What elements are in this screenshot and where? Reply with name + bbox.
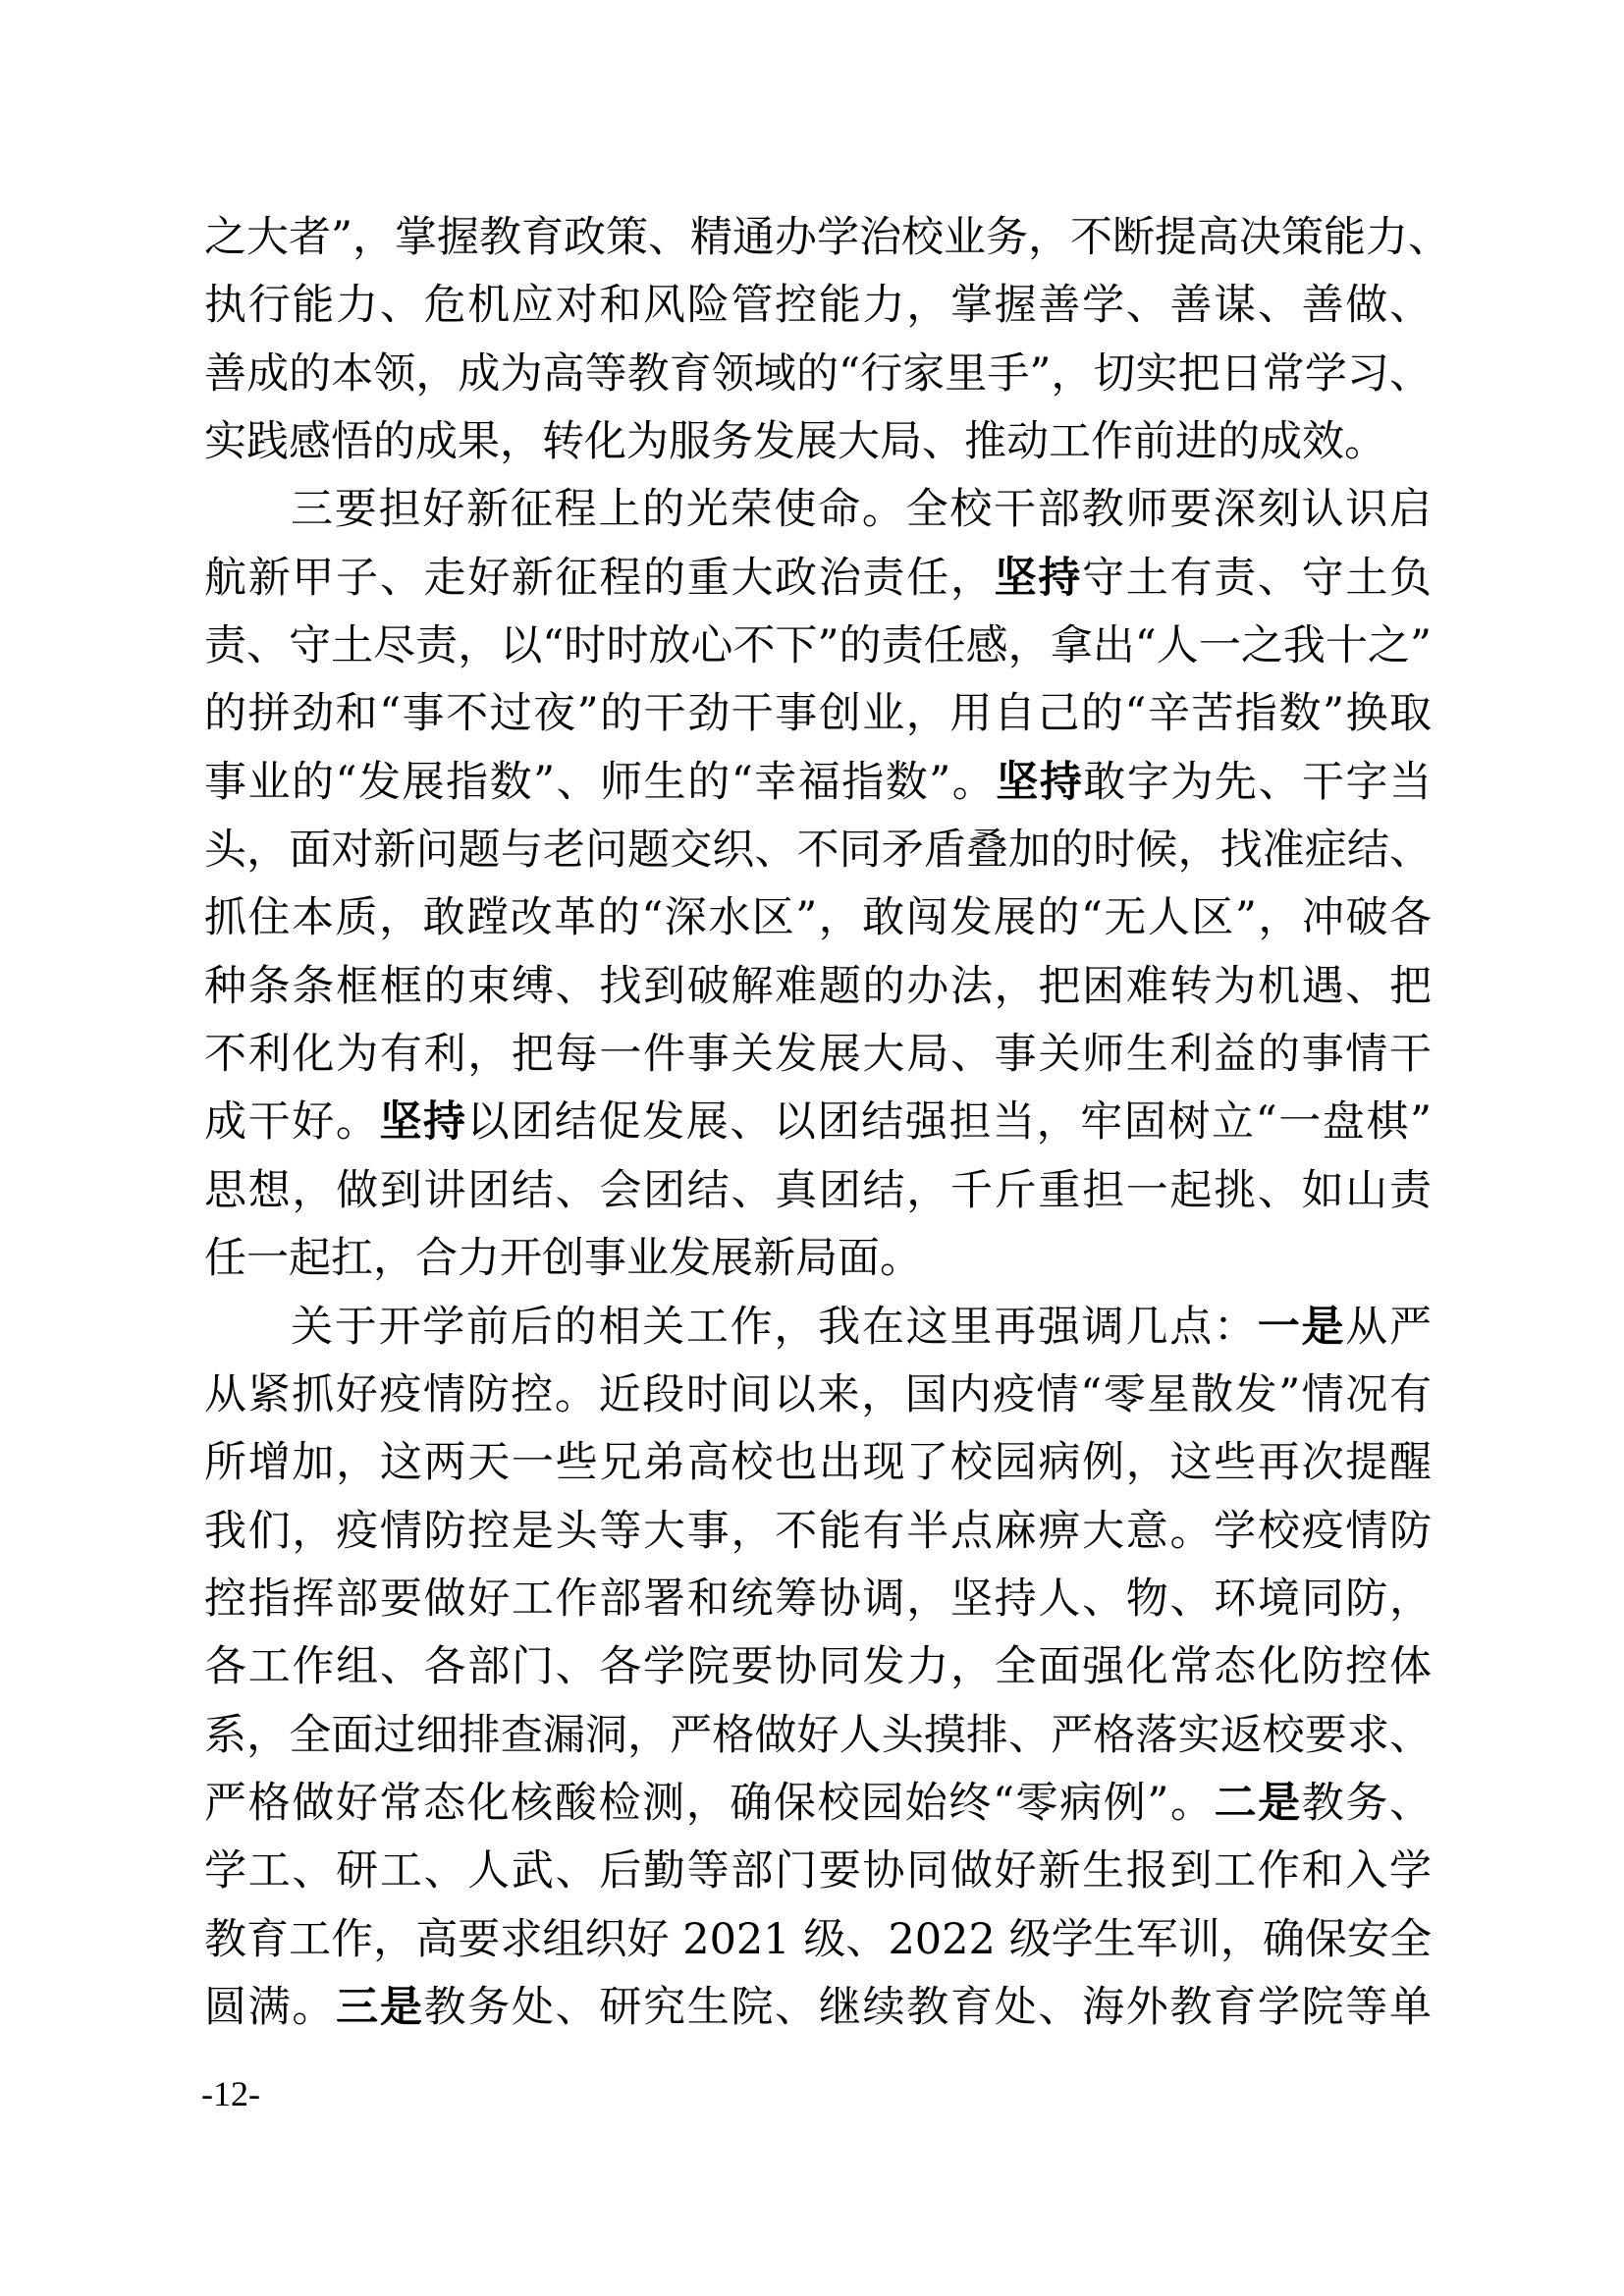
text-line: 头，面对新问题与老问题交织、不同矛盾叠加的时候，找准症结、 [204,817,1432,884]
text-line: 系，全面过细排查漏洞，严格做好人头摸排、严格落实返校要求、 [204,1702,1432,1770]
text-line: 任一起扛，合力开创事业发展新局面。 [204,1225,1432,1293]
bold-keyword: 一是 [1258,1303,1346,1352]
text-segment: 以团结促发展、以团结强担当，牢固树立“一盘棋” [467,1097,1432,1147]
text-line: 种条条框框的束缚、找到破解难题的办法，把困难转为机遇、把 [204,953,1432,1021]
bold-keyword: 坚持 [379,1097,466,1147]
text-segment: 执行能力、危机应对和风险管控能力，掌握善学、善谋、善做、 [204,281,1432,330]
text-segment: 各工作组、各部门、各学院要协同发力，全面强化常态化防控体 [204,1642,1432,1691]
text-line: 三要担好新征程上的光荣使命。全校干部教师要深刻认识启 [204,476,1432,544]
text-segment: 教育工作，高要求组织好 2021 级、2022 级学生军训，确保安全 [204,1915,1432,1964]
text-segment: 从严 [1345,1303,1432,1352]
text-segment: 圆满。 [204,1983,336,2032]
text-segment: 实践感悟的成果，转化为服务发展大局、推动工作前进的成效。 [204,417,1386,466]
text-line: 所增加，这两天一些兄弟高校也出现了校园病例，这些再次提醒 [204,1429,1432,1497]
document-page: 之大者”，掌握教育政策、精通办学治校业务，不断提高决策能力、执行能力、危机应对和… [0,0,1624,2296]
text-line: 关于开学前后的相关工作，我在这里再强调几点：一是从严 [204,1294,1432,1362]
text-line: 思想，做到讲团结、会团结、真团结，千斤重担一起挑、如山责 [204,1157,1432,1225]
text-segment: 任一起扛，合力开创事业发展新局面。 [204,1234,922,1283]
text-segment: 之大者”，掌握教育政策、精通办学治校业务，不断提高决策能力、 [204,213,1450,262]
text-segment: 守土有责、守土负 [1082,554,1432,603]
text-segment: 不利化为有利，把每一件事关发展大局、事关师生利益的事情干 [204,1030,1432,1079]
text-segment: 成干好。 [204,1097,379,1147]
text-segment: 敢字为先、干字当 [1083,758,1432,807]
text-segment: 航新甲子、走好新征程的重大政治责任， [204,554,995,603]
text-segment: 教务处、研究生院、继续教育处、海外教育学院等单 [424,1983,1432,2032]
text-segment: 抓住本质，敢蹚改革的“深水区”，敢闯发展的“无人区”，冲破各 [204,893,1432,942]
text-segment: 我们，疫情防控是头等大事，不能有半点麻痹大意。学校疫情防 [204,1507,1432,1556]
text-segment: 学工、研工、人武、后勤等部门要协同做好新生报到工作和入学 [204,1846,1432,1896]
text-line: 从紧抓好疫情防控。近段时间以来，国内疫情“零星散发”情况有 [204,1362,1432,1429]
text-line: 的拼劲和“事不过夜”的干劲干事创业，用自己的“辛苦指数”换取 [204,680,1432,748]
text-segment: 从紧抓好疫情防控。近段时间以来，国内疫情“零星散发”情况有 [204,1370,1432,1419]
text-line: 各工作组、各部门、各学院要协同发力，全面强化常态化防控体 [204,1633,1432,1701]
text-segment: 所增加，这两天一些兄弟高校也出现了校园病例，这些再次提醒 [204,1438,1432,1487]
bold-keyword: 二是 [1215,1779,1302,1828]
text-line: 事业的“发展指数”、师生的“幸福指数”。坚持敢字为先、干字当 [204,749,1432,817]
text-line: 严格做好常态化核酸检测，确保校园始终“零病例”。二是教务、 [204,1770,1432,1838]
text-segment: 严格做好常态化核酸检测，确保校园始终“零病例”。 [204,1779,1215,1828]
text-segment: 的拼劲和“事不过夜”的干劲干事创业，用自己的“辛苦指数”换取 [204,689,1432,738]
text-segment: 责、守土尽责，以“时时放心不下”的责任感，拿出“人一之我十之” [204,621,1432,670]
text-line: 我们，疫情防控是头等大事，不能有半点麻痹大意。学校疫情防 [204,1498,1432,1566]
text-segment: 思想，做到讲团结、会团结、真团结，千斤重担一起挑、如山责 [204,1166,1432,1215]
text-line: 之大者”，掌握教育政策、精通办学治校业务，不断提高决策能力、 [204,204,1432,272]
text-segment: 种条条框框的束缚、找到破解难题的办法，把困难转为机遇、把 [204,962,1432,1011]
text-line: 不利化为有利，把每一件事关发展大局、事关师生利益的事情干 [204,1021,1432,1089]
text-line: 航新甲子、走好新征程的重大政治责任，坚持守土有责、守土负 [204,545,1432,613]
text-line: 抓住本质，敢蹚改革的“深水区”，敢闯发展的“无人区”，冲破各 [204,884,1432,952]
text-line: 善成的本领，成为高等教育领域的“行家里手”，切实把日常学习、 [204,341,1432,408]
page-number: -12- [201,2069,260,2118]
text-line: 圆满。三是教务处、研究生院、继续教育处、海外教育学院等单 [204,1974,1432,2042]
text-segment: 事业的“发展指数”、师生的“幸福指数”。 [204,758,996,807]
text-line: 实践感悟的成果，转化为服务发展大局、推动工作前进的成效。 [204,408,1432,476]
bold-keyword: 坚持 [995,554,1082,603]
text-line: 责、守土尽责，以“时时放心不下”的责任感，拿出“人一之我十之” [204,613,1432,680]
text-segment: 教务、 [1302,1779,1432,1828]
text-segment: 系，全面过细排查漏洞，严格做好人头摸排、严格落实返校要求、 [204,1711,1432,1760]
text-line: 教育工作，高要求组织好 2021 级、2022 级学生军训，确保安全 [204,1906,1432,1974]
text-line: 成干好。坚持以团结促发展、以团结强担当，牢固树立“一盘棋” [204,1089,1432,1156]
text-segment: 头，面对新问题与老问题交织、不同矛盾叠加的时候，找准症结、 [204,826,1432,875]
text-segment: 善成的本领，成为高等教育领域的“行家里手”，切实把日常学习、 [204,349,1432,399]
text-line: 控指挥部要做好工作部署和统筹协调，坚持人、物、环境同防， [204,1566,1432,1633]
text-segment: 关于开学前后的相关工作，我在这里再强调几点： [291,1303,1258,1352]
body-text: 之大者”，掌握教育政策、精通办学治校业务，不断提高决策能力、执行能力、危机应对和… [204,204,1432,2042]
bold-keyword: 三是 [336,1983,423,2032]
bold-keyword: 坚持 [996,758,1083,807]
text-segment: 三要担好新征程上的光荣使命。全校干部教师要深刻认识启 [291,485,1432,534]
text-line: 执行能力、危机应对和风险管控能力，掌握善学、善谋、善做、 [204,272,1432,340]
text-line: 学工、研工、人武、后勤等部门要协同做好新生报到工作和入学 [204,1838,1432,1905]
text-segment: 控指挥部要做好工作部署和统筹协调，坚持人、物、环境同防， [204,1575,1432,1624]
